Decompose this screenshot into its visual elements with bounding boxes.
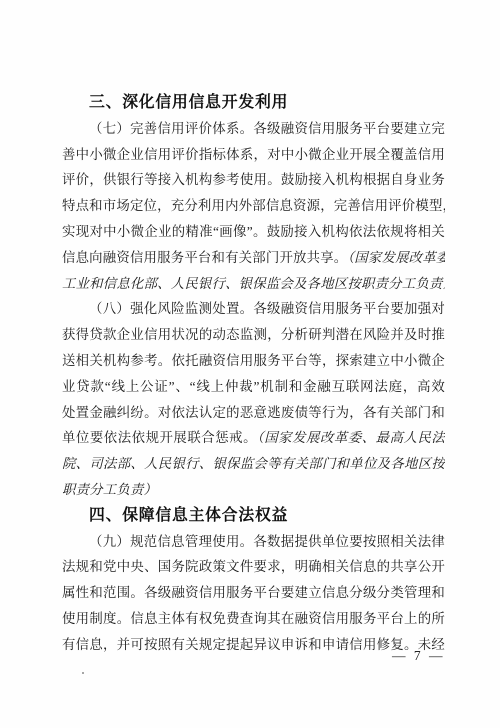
text-line: 评价，供银行等接入机构参考使用。鼓励接入机构根据自身业务: [62, 167, 445, 193]
text-line: 业贷款“线上公证”、“线上仲裁”机制和金融互联网法庭，高效: [62, 374, 445, 400]
text-line: 属性和范围。各级融资信用服务平台要建立信息分级分类管理和: [62, 580, 445, 606]
responsibility-clause-segment: （国家发展改革委、最高人民法: [257, 430, 445, 445]
document-page: 三、深化信用信息开发利用（七）完善信用评价体系。各级融资信用服务平台要建立完善中…: [0, 0, 500, 728]
document-body: 三、深化信用信息开发利用（七）完善信用评价体系。各级融资信用服务平台要建立完善中…: [62, 90, 445, 658]
text-line: 职责分工负责）: [62, 477, 445, 503]
body-text-segment: 实现对中小微企业的精准“画像”。鼓励接入机构依法依规将相关: [62, 224, 445, 239]
text-line: （八）强化风险监测处置。各级融资信用服务平台要加强对: [62, 296, 445, 322]
scan-speck: [82, 672, 84, 674]
responsibility-clause-segment: 院、司法部、人民银行、银保监会等有关部门和单位及各地区按: [62, 456, 445, 471]
body-text-segment: （九）规范信息管理使用。各数据提供单位要按照相关法律: [89, 534, 445, 549]
text-line: 信息向融资信用服务平台和有关部门开放共享。（国家发展改革委、: [62, 245, 445, 271]
text-line: 工业和信息化部、人民银行、银保监会及各地区按职责分工负责）: [62, 271, 445, 297]
body-text-segment: 四、保障信息主体合法权益: [89, 507, 288, 524]
body-text-segment: 业贷款“线上公证”、“线上仲裁”机制和金融互联网法庭，高效: [62, 379, 445, 394]
body-text-segment: 法规和党中央、国务院政策文件要求，明确相关信息的共享公开: [62, 559, 445, 574]
body-text-segment: （七）完善信用评价体系。各级融资信用服务平台要建立完: [89, 121, 445, 136]
text-line: （九）规范信息管理使用。各数据提供单位要按照相关法律: [62, 529, 445, 555]
text-line: 单位要依法依规开展联合惩戒。（国家发展改革委、最高人民法: [62, 425, 445, 451]
body-text-segment: 特点和市场定位，充分利用内外部信息资源，完善信用评价模型，: [62, 198, 445, 213]
text-line: 使用制度。信息主体有权免费查询其在融资信用服务平台上的所: [62, 606, 445, 632]
text-line: （七）完善信用评价体系。各级融资信用服务平台要建立完: [62, 116, 445, 142]
body-text-segment: 评价，供银行等接入机构参考使用。鼓励接入机构根据自身业务: [62, 172, 445, 187]
text-line: 特点和市场定位，充分利用内外部信息资源，完善信用评价模型，: [62, 193, 445, 219]
body-text-segment: （八）强化风险监测处置。各级融资信用服务平台要加强对: [89, 301, 445, 316]
text-line: 获得贷款企业信用状况的动态监测，分析研判潜在风险并及时推: [62, 322, 445, 348]
body-text-segment: 三、深化信用信息开发利用: [89, 94, 288, 111]
section-heading-line: 三、深化信用信息开发利用: [62, 90, 445, 116]
section-heading-line: 四、保障信息主体合法权益: [62, 503, 445, 529]
body-text-segment: 信息向融资信用服务平台和有关部门开放共享。: [62, 250, 347, 265]
text-line: 院、司法部、人民银行、银保监会等有关部门和单位及各地区按: [62, 451, 445, 477]
responsibility-clause-segment: 职责分工负责）: [62, 482, 157, 497]
text-line: 善中小微企业信用评价指标体系，对中小微企业开展全覆盖信用: [62, 142, 445, 168]
body-text-segment: 善中小微企业信用评价指标体系，对中小微企业开展全覆盖信用: [62, 147, 445, 162]
page-number: — 7 —: [0, 648, 445, 664]
text-line: 法规和党中央、国务院政策文件要求，明确相关信息的共享公开: [62, 554, 445, 580]
text-line: 实现对中小微企业的精准“画像”。鼓励接入机构依法依规将相关: [62, 219, 445, 245]
text-line: 处置金融纠纷。对依法认定的恶意逃废债等行为，各有关部门和: [62, 400, 445, 426]
responsibility-clause-segment: 工业和信息化部、人民银行、银保监会及各地区按职责分工负责）: [62, 276, 445, 291]
text-line: 送相关机构参考。依托融资信用服务平台等，探索建立中小微企: [62, 348, 445, 374]
body-text-segment: 单位要依法依规开展联合惩戒。: [62, 430, 257, 445]
body-text-segment: 处置金融纠纷。对依法认定的恶意逃废债等行为，各有关部门和: [62, 405, 445, 420]
body-text-segment: 获得贷款企业信用状况的动态监测，分析研判潜在风险并及时推: [62, 327, 445, 342]
body-text-segment: 送相关机构参考。依托融资信用服务平台等，探索建立中小微企: [62, 353, 445, 368]
responsibility-clause-segment: （国家发展改革委、: [347, 250, 445, 265]
body-text-segment: 使用制度。信息主体有权免费查询其在融资信用服务平台上的所: [62, 611, 445, 626]
body-text-segment: 属性和范围。各级融资信用服务平台要建立信息分级分类管理和: [62, 585, 445, 600]
